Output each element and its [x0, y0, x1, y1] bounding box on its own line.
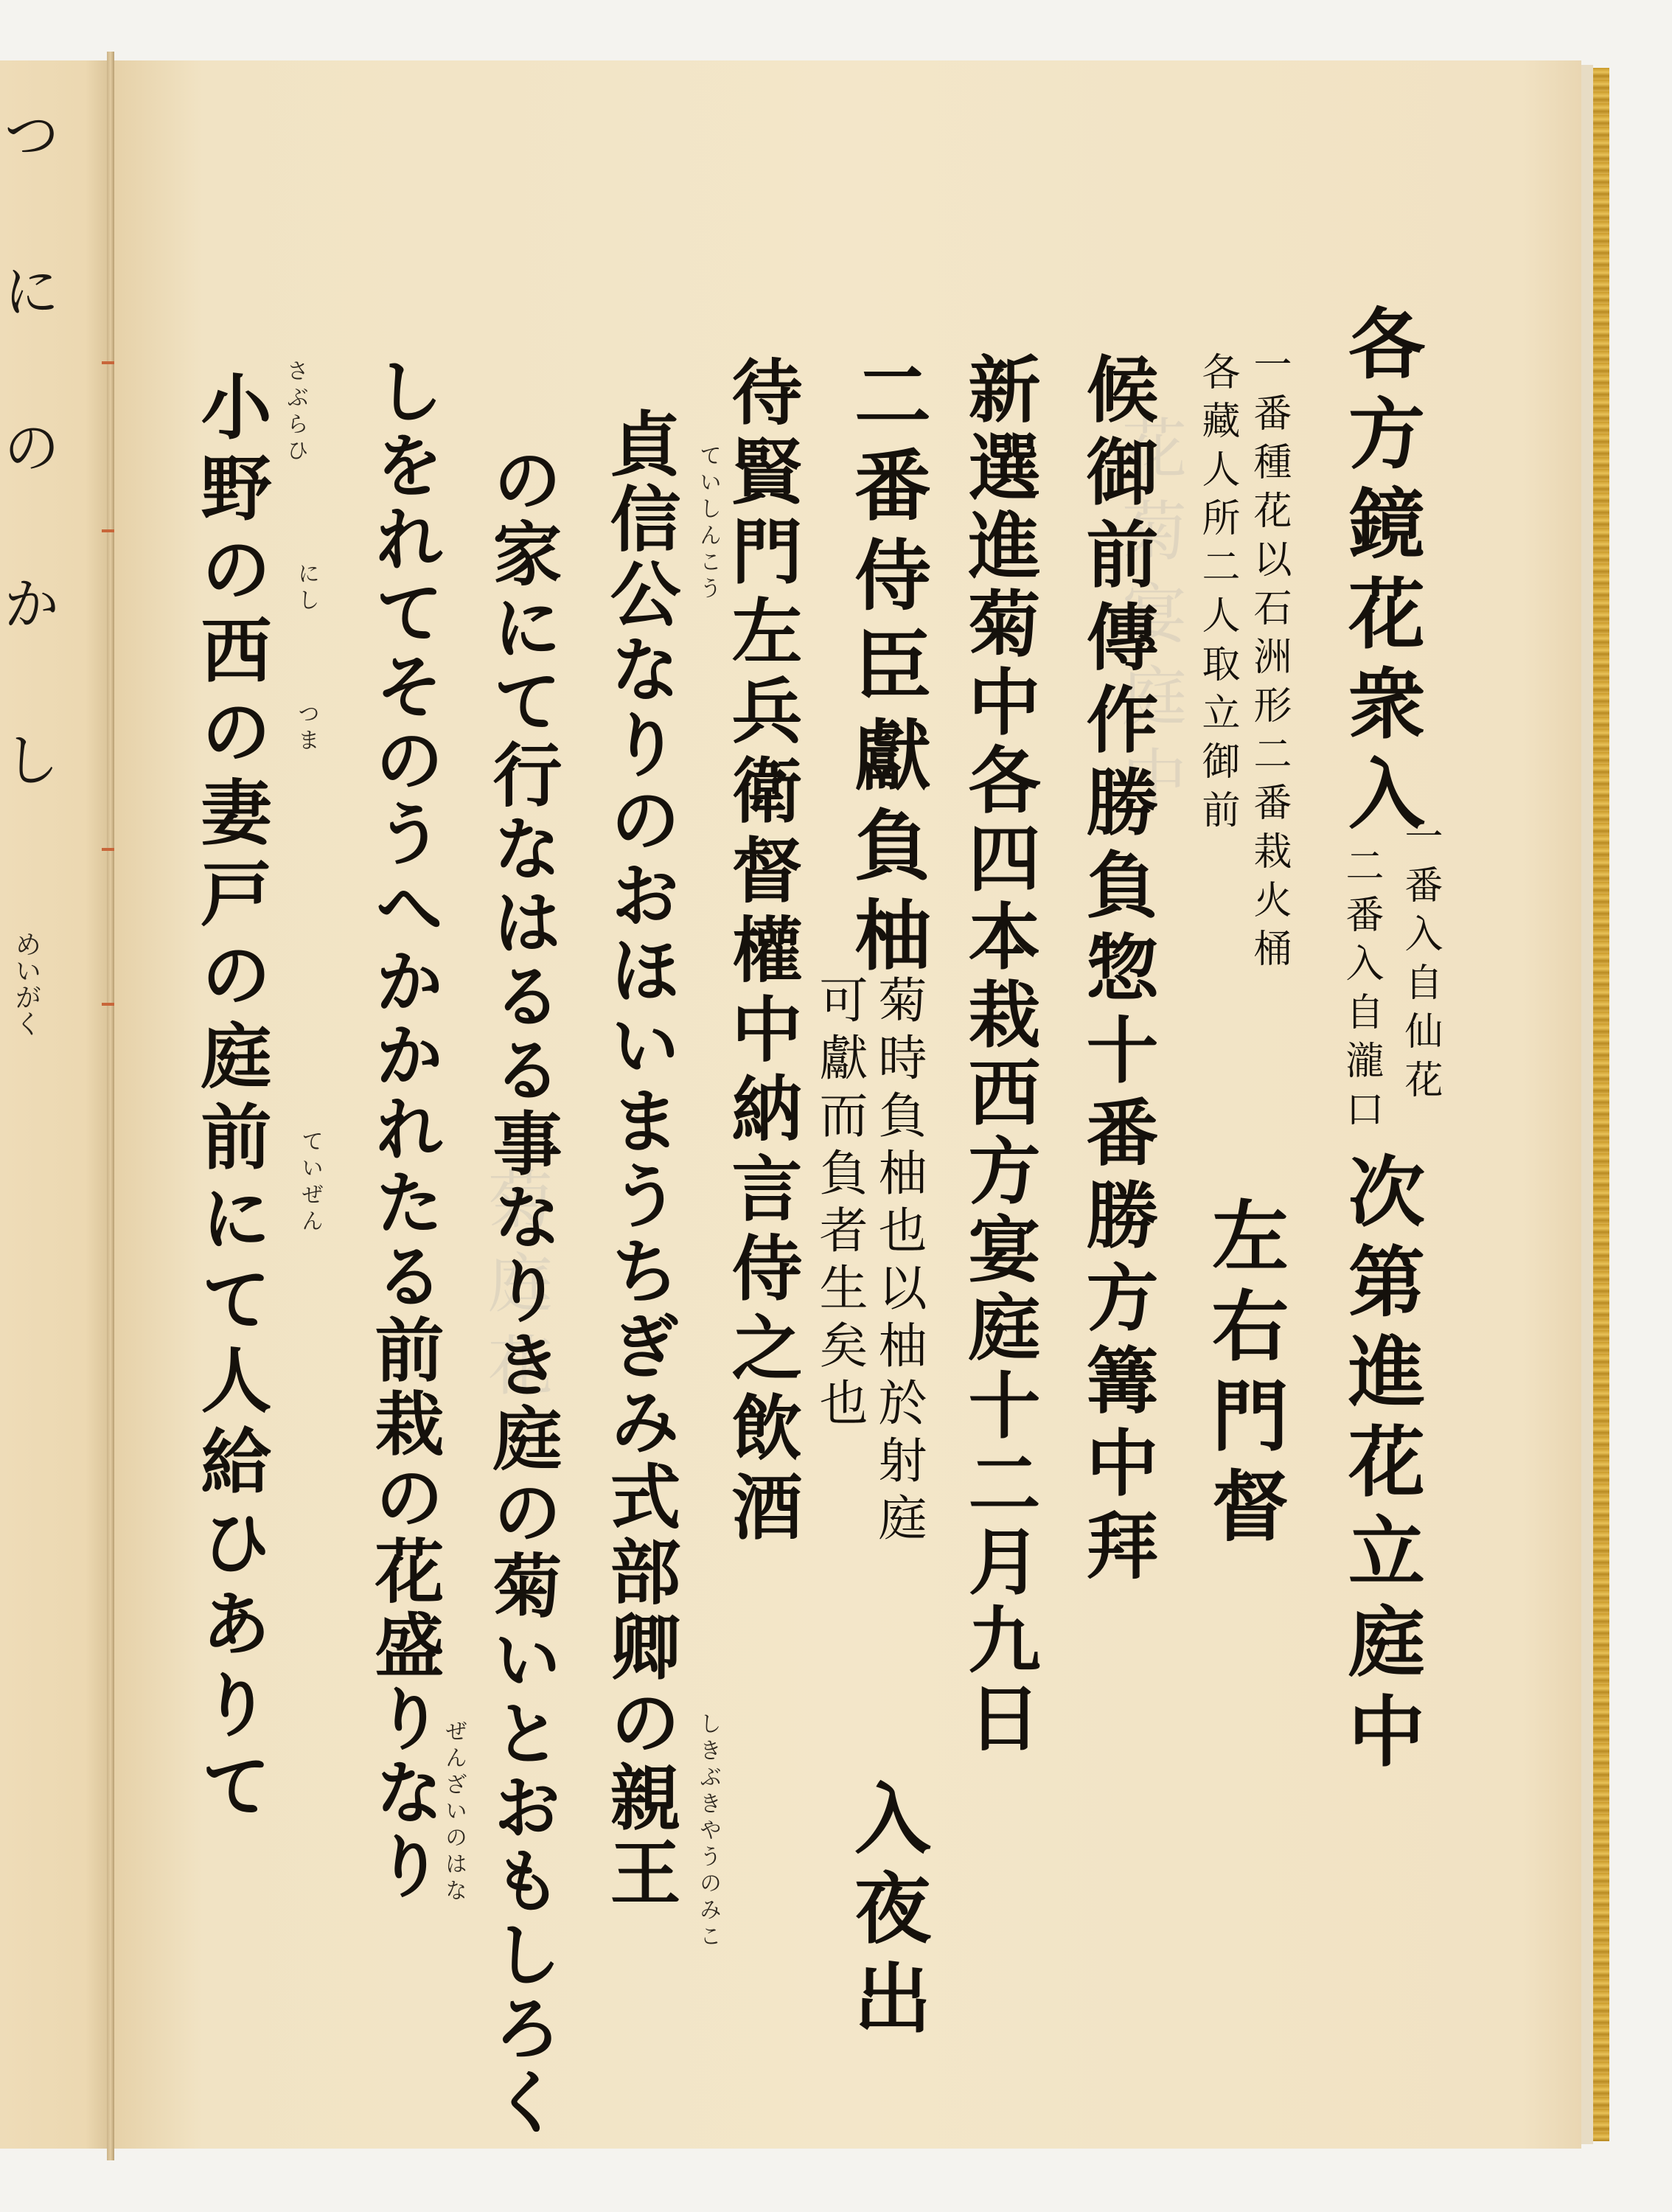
- page-stack-edge: [1581, 65, 1593, 2144]
- column-8: の家にて行なはるる事なりき庭の菊いとおもしろく: [487, 444, 556, 2140]
- column-7: 貞信公なりのおほいまうちぎみ式部卿の親王: [605, 407, 675, 1911]
- column-1-note-1: 一番入自仙花: [1401, 816, 1439, 1108]
- column-10-ruby-1: さぶらひ: [284, 359, 306, 465]
- right-page: 花菊宴庭中 菊庭花 各方鏡花衆入 一番入自仙花 二番入自瀧口 次第進花立庭中 一…: [114, 60, 1581, 2149]
- left-page-fragment-column: つ に の か し: [0, 105, 55, 808]
- column-2-main-bottom: 左右門督: [1205, 1196, 1282, 1556]
- book-gutter: [107, 52, 114, 2160]
- column-7-ruby-2: しきぶきやうのみこ: [697, 1712, 719, 1951]
- column-3: 候御前傳作勝負惣十番勝方篝中拜: [1080, 352, 1152, 1590]
- open-book: つ に の か し めいがく 花菊宴庭中 菊庭花 各方鏡花衆入 一番入自仙花 二…: [0, 52, 1644, 2160]
- column-10-ruby-4: ていぜん: [299, 1130, 321, 1236]
- column-10-ruby-2: にし: [295, 562, 317, 615]
- column-9: しをれてそのうへかかれたる前栽の花盛りなり: [369, 355, 438, 1904]
- column-7-ruby-1: ていしんこう: [697, 444, 719, 603]
- column-6: 待賢門左兵衛督權中納言侍之飲酒: [726, 355, 797, 1550]
- column-1-main-bottom: 次第進花立庭中: [1342, 1152, 1418, 1781]
- column-10: 小野の西の妻戸の庭前にて人給ひありて: [195, 370, 266, 1830]
- left-page: つ に の か し めいがく: [0, 60, 107, 2149]
- column-9-ruby: ぜんざいのはな: [442, 1719, 464, 1905]
- column-5-note-2: 可獻而負者生矣也: [815, 975, 863, 1435]
- column-2-line-1: 一番種花以石洲形二番栽火桶: [1250, 344, 1288, 977]
- column-2-line-2: 各藏人所二人取立御前: [1198, 352, 1236, 838]
- gilded-fore-edge: [1593, 68, 1609, 2141]
- column-5-main-bottom: 入夜出: [848, 1778, 924, 2048]
- column-5-main-top: 二番侍臣獻負柚: [848, 355, 924, 985]
- column-1-main-top: 各方鏡花衆入: [1342, 304, 1418, 844]
- column-1-note-2: 二番入自瀧口: [1342, 846, 1380, 1138]
- column-10-ruby-3: つま: [295, 702, 317, 755]
- column-4: 新選進菊中各四本栽西方宴庭十二月九日: [962, 352, 1034, 1759]
- column-5-note-1: 菊時負柚也以柚於射庭: [874, 975, 922, 1550]
- left-page-ruby-note: めいがく: [7, 931, 45, 1037]
